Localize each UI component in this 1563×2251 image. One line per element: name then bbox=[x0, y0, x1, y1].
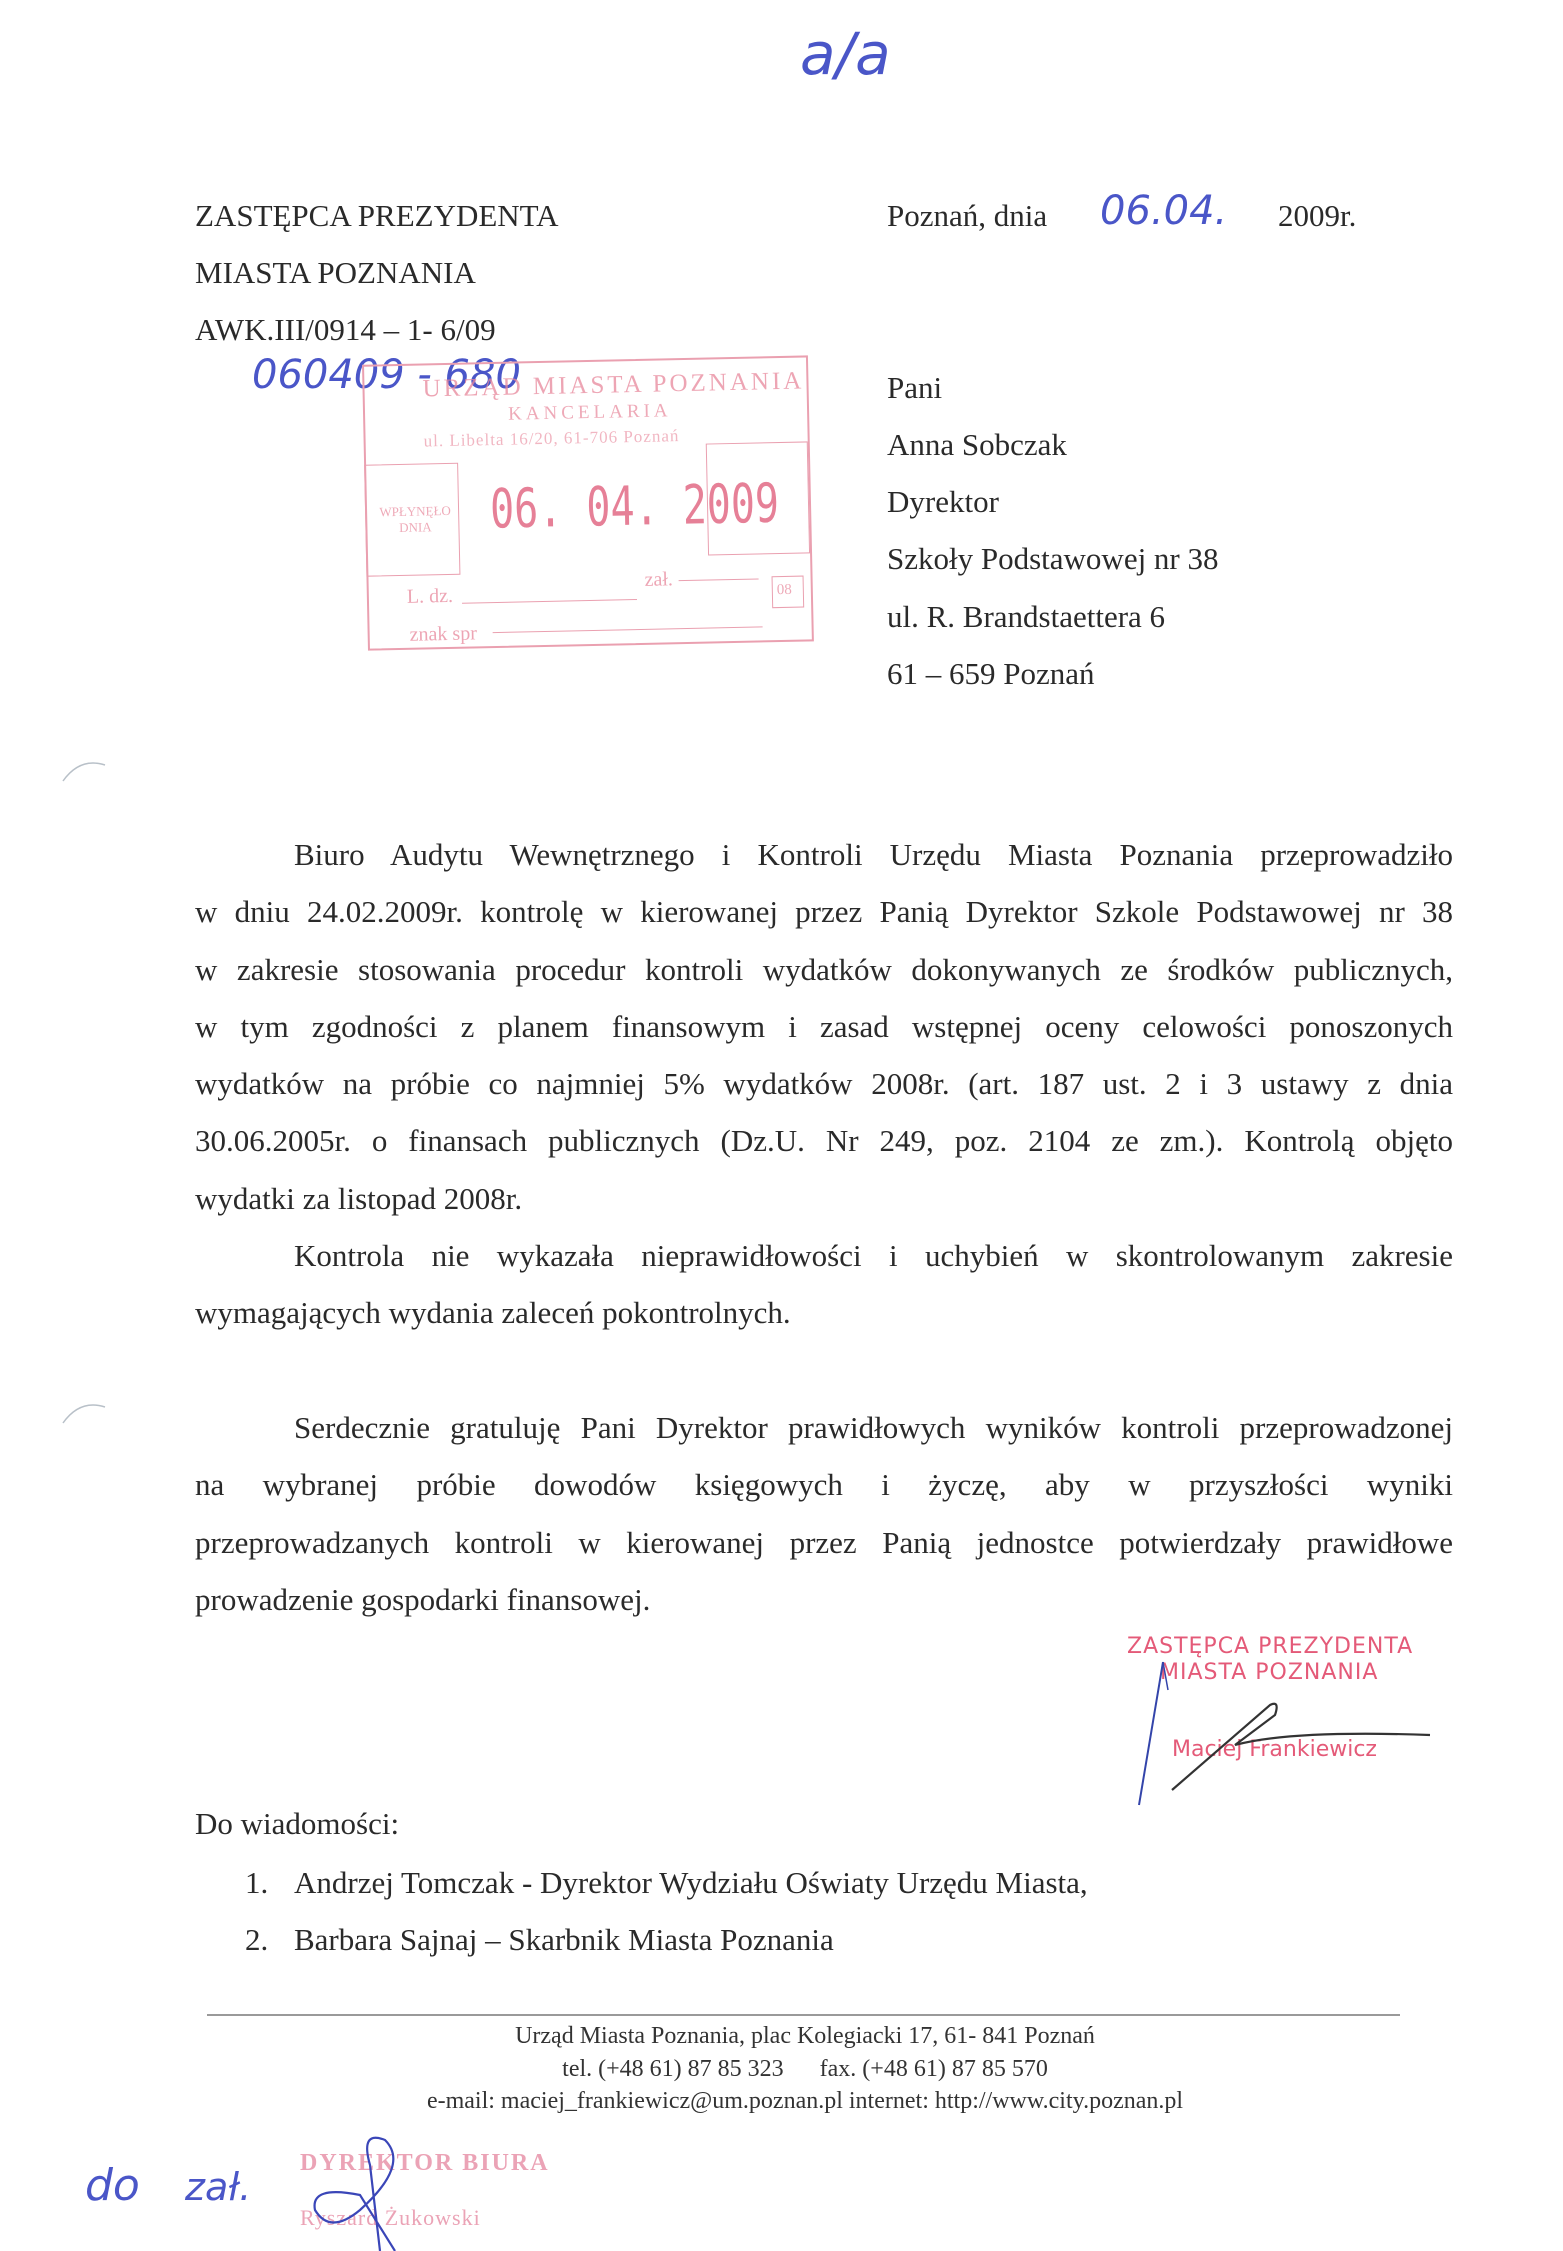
recipient-line: Szkoły Podstawowej nr 38 bbox=[887, 543, 1219, 574]
date-year: 2009r. bbox=[1278, 200, 1356, 231]
footer-phone: tel. (+48 61) 87 85 323 fax. (+48 61) 87… bbox=[210, 2053, 1400, 2086]
stamp-received-label: WPŁYNĘŁO DNIA bbox=[375, 503, 456, 537]
cc-item-number: 1. bbox=[245, 1865, 268, 1901]
body-line: w dniu 24.02.2009r. kontrolę w kierowane… bbox=[195, 894, 1453, 929]
recipient-line: ul. R. Brandstaettera 6 bbox=[887, 601, 1165, 632]
stamp-zal-label: zał. bbox=[644, 568, 673, 592]
stamp-department: KANCELARIA bbox=[508, 400, 672, 425]
sender-title: ZASTĘPCA PREZYDENTA bbox=[195, 200, 559, 231]
stamp-sign-label: znak spr bbox=[409, 622, 477, 646]
incoming-stamp: URZĄD MIASTA POZNANIA KANCELARIA ul. Lib… bbox=[362, 355, 818, 654]
cc-item-text: Barbara Sajnaj – Skarbnik Miasta Poznani… bbox=[294, 1922, 834, 1958]
body-line: Kontrola nie wykazała nieprawidłowości i… bbox=[294, 1238, 1453, 1273]
body-line: wymagających wydania zaleceń pokontrolny… bbox=[195, 1295, 791, 1330]
body-paragraph-1: Biuro Audytu Wewnętrznego i Kontroli Urz… bbox=[195, 826, 1453, 1227]
body-line: 30.06.2005r. o finansach publicznych (Dz… bbox=[195, 1123, 1453, 1158]
sender-city: MIASTA POZNANIA bbox=[195, 257, 476, 288]
director-signature-scribble bbox=[300, 2125, 420, 2251]
footer-address: Urząd Miasta Poznania, plac Kolegiacki 1… bbox=[210, 2020, 1400, 2053]
recipient-line: 61 – 659 Poznań bbox=[887, 658, 1095, 689]
cc-item-text: Andrzej Tomczak - Dyrektor Wydziału Oświ… bbox=[294, 1865, 1088, 1901]
body-line: przeprowadzanych kontroli w kierowanej p… bbox=[195, 1525, 1453, 1560]
date-prefix: Poznań, dnia bbox=[887, 200, 1047, 231]
handwritten-note: zał. bbox=[185, 2165, 251, 2209]
body-line: w tym zgodności z planem finansowym i za… bbox=[195, 1009, 1453, 1044]
stamp-side-cell bbox=[706, 441, 810, 555]
body-line: Serdecznie gratuluję Pani Dyrektor prawi… bbox=[294, 1410, 1453, 1445]
hole-punch-mark-top bbox=[55, 755, 115, 785]
hole-punch-mark-bottom bbox=[55, 1397, 115, 1427]
recipient-line: Dyrektor bbox=[887, 486, 999, 517]
body-paragraph-3: Serdecznie gratuluję Pani Dyrektor prawi… bbox=[195, 1399, 1453, 1628]
handwritten-page-mark: a/a bbox=[800, 20, 891, 88]
cc-label: Do wiadomości: bbox=[195, 1808, 399, 1839]
body-line: Biuro Audytu Wewnętrznego i Kontroli Urz… bbox=[294, 837, 1453, 872]
reference-number: AWK.III/0914 – 1- 6/09 bbox=[195, 314, 496, 345]
stamp-code: 08 bbox=[777, 582, 792, 599]
body-line: wydatków na próbie co najmniej 5% wydatk… bbox=[195, 1066, 1453, 1101]
body-line: na wybranej próbie dowodów księgowych i … bbox=[195, 1467, 1453, 1502]
handwritten-note: do bbox=[85, 2160, 140, 2211]
body-paragraph-2: Kontrola nie wykazała nieprawidłowości i… bbox=[195, 1227, 1453, 1342]
footer-contact: e-mail: maciej_frankiewicz@um.poznan.pl … bbox=[210, 2085, 1400, 2118]
signature-stamp-title: ZASTĘPCA PREZYDENTA bbox=[1127, 1634, 1413, 1659]
signature-scribble bbox=[1130, 1660, 1450, 1810]
recipient-line: Pani bbox=[887, 372, 942, 403]
stamp-ldz-label: L. dz. bbox=[407, 585, 454, 609]
footer-divider bbox=[207, 2014, 1400, 2016]
body-line: w zakresie stosowania procedur kontroli … bbox=[195, 952, 1453, 987]
body-line: prowadzenie gospodarki finansowej. bbox=[195, 1582, 650, 1617]
cc-item-number: 2. bbox=[245, 1922, 268, 1958]
body-line: wydatki za listopad 2008r. bbox=[195, 1181, 522, 1216]
recipient-line: Anna Sobczak bbox=[887, 429, 1067, 460]
handwritten-date: 06.04. bbox=[1100, 188, 1227, 234]
